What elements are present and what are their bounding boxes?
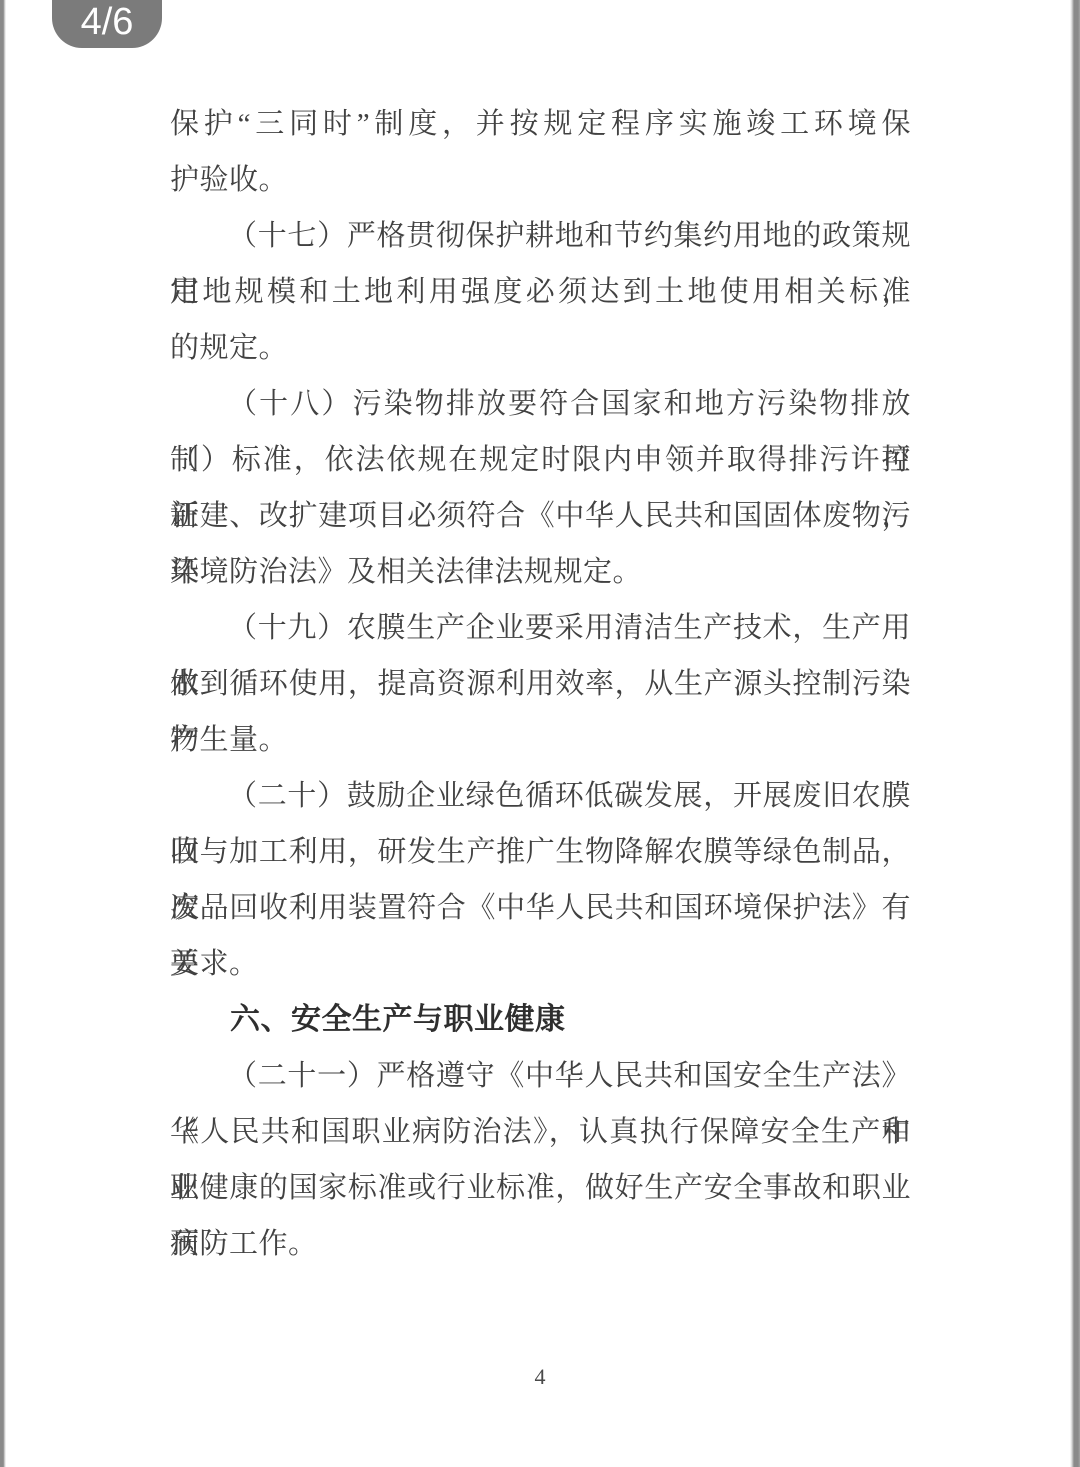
text-line: （二十）鼓励企业绿色循环低碳发展，开展废旧农膜回 — [170, 768, 911, 824]
text-line: 环境防治法》及相关法律法规规定。 — [170, 544, 911, 600]
page-left-edge — [0, 0, 6, 1467]
text-line: 华人民共和国职业病防治法》，认真执行保障安全生产和职 — [170, 1104, 911, 1160]
page-right-edge — [1070, 0, 1080, 1467]
text-line: 产生量。 — [170, 712, 911, 768]
text-line: 新建、改扩建项目必须符合《中华人民共和国固体废物污染 — [170, 488, 911, 544]
text-line: 要求。 — [170, 936, 911, 992]
text-line: （十七）严格贯彻保护耕地和节约集约用地的政策规定， — [170, 208, 911, 264]
text-line: （二十一）严格遵守《中华人民共和国安全生产法》《中 — [170, 1048, 911, 1104]
text-line: 制）标准，依法依规在规定时限内申领并取得排污许可证， — [170, 432, 911, 488]
text-line: 收与加工利用，研发生产推广生物降解农膜等绿色制品，废 — [170, 824, 911, 880]
document-text-block: 保护“三同时”制度，并按规定程序实施竣工环境保护验收。（十七）严格贯彻保护耕地和… — [170, 96, 911, 1272]
text-line: 用地规模和土地利用强度必须达到土地使用相关标准 — [170, 264, 911, 320]
page-indicator-text: 4/6 — [81, 0, 134, 41]
text-line: 做到循环使用，提高资源利用效率，从生产源头控制污染物 — [170, 656, 911, 712]
page-indicator-badge: 4/6 — [52, 0, 162, 48]
text-line: 的规定。 — [170, 320, 911, 376]
text-line: 次品回收利用装置符合《中华人民共和国环境保护法》有关 — [170, 880, 911, 936]
text-line: （十八）污染物排放要符合国家和地方污染物排放（控 — [170, 376, 911, 432]
text-line: 护验收。 — [170, 152, 911, 208]
text-line: 预防工作。 — [170, 1216, 911, 1272]
section-heading: 六、安全生产与职业健康 — [170, 992, 911, 1048]
page-number: 4 — [0, 1364, 1080, 1390]
text-line: 保护“三同时”制度，并按规定程序实施竣工环境保 — [170, 96, 911, 152]
text-line: 业健康的国家标准或行业标准，做好生产安全事故和职业病 — [170, 1160, 911, 1216]
document-viewer: 4/6 保护“三同时”制度，并按规定程序实施竣工环境保护验收。（十七）严格贯彻保… — [0, 0, 1080, 1467]
text-line: （十九）农膜生产企业要采用清洁生产技术，生产用水 — [170, 600, 911, 656]
